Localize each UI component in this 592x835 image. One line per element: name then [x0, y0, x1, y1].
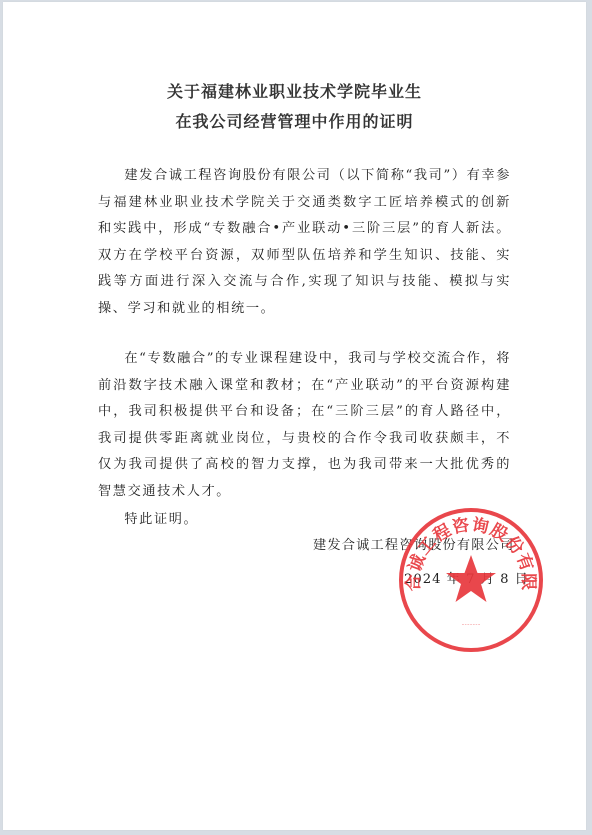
document-viewer-frame: 关于福建林业职业技术学院毕业生 在我公司经营管理中作用的证明 建发合诚工程咨询股…: [0, 0, 592, 835]
document-title-line1: 关于福建林业职业技术学院毕业生: [3, 79, 586, 102]
seal-serial: ············: [461, 622, 480, 628]
signature-company: 建发合诚工程咨询股份有限公司: [313, 534, 514, 553]
signature-date: 2024 年 7 月 8 日: [404, 568, 529, 587]
document-title-line2: 在我公司经营管理中作用的证明: [3, 109, 586, 132]
paragraph-closing: 特此证明。: [98, 507, 511, 534]
paragraph-intro: 建发合诚工程咨询股份有限公司（以下简称“我司”）有幸参与福建林业职业技术学院关于…: [98, 163, 511, 322]
document-page: 关于福建林业职业技术学院毕业生 在我公司经营管理中作用的证明 建发合诚工程咨询股…: [3, 2, 586, 830]
paragraph-cooperation: 在“专数融合”的专业课程建设中，我司与学校交流合作，将前沿数字技术融入课堂和教材…: [98, 346, 511, 505]
